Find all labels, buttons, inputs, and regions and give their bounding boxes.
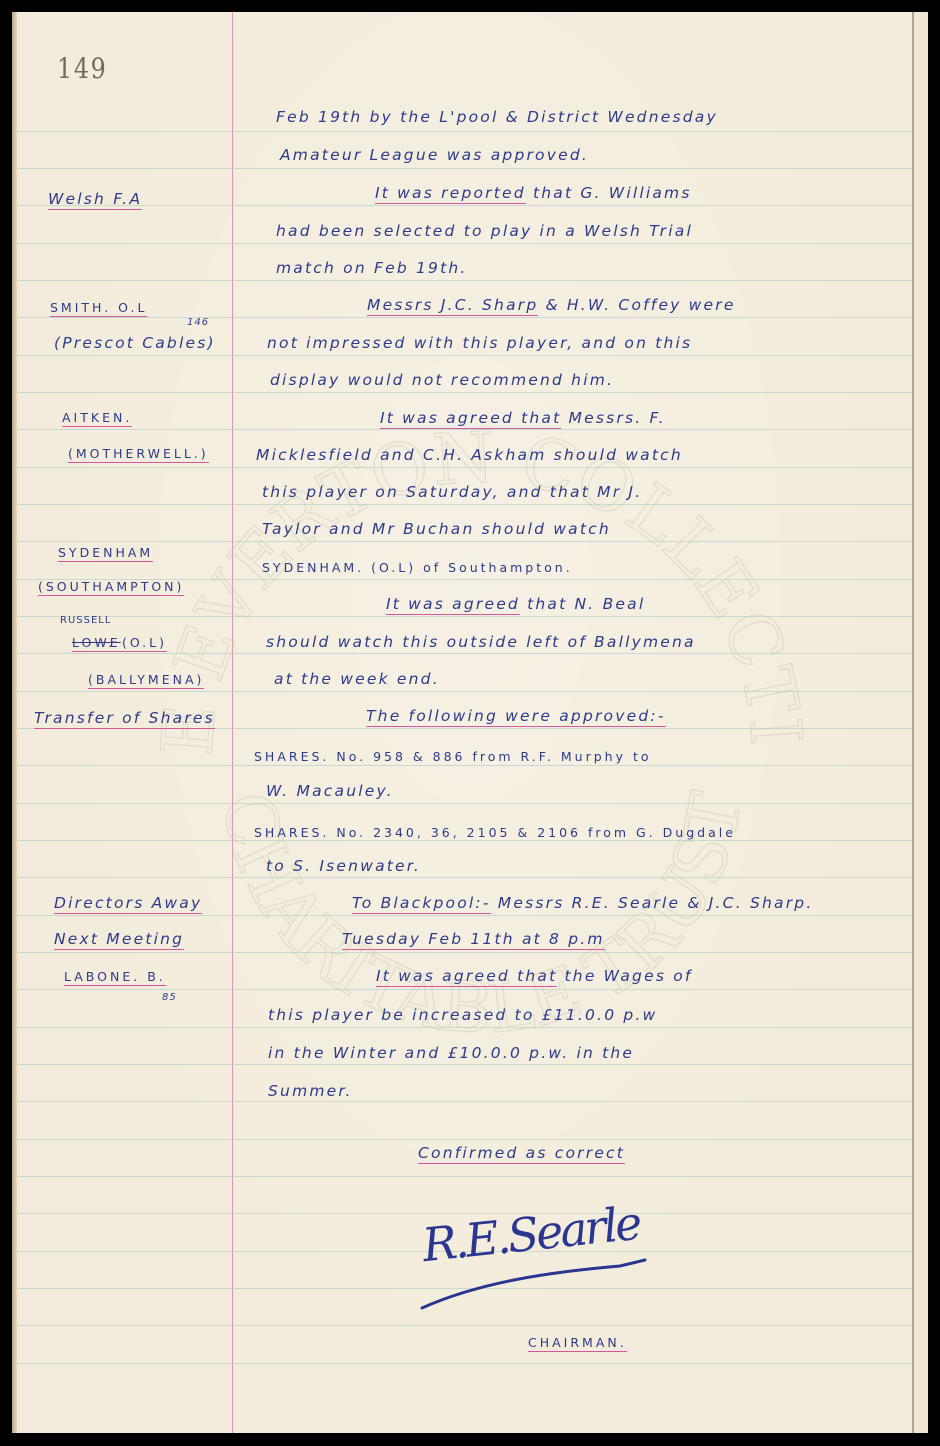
margin-note-aitken: AITKEN. — [62, 410, 132, 427]
signature-flourish — [420, 1252, 650, 1312]
confirmed-as-correct: Confirmed as correct — [418, 1144, 625, 1164]
margin-note-sydenham: SYDENHAM — [58, 545, 153, 562]
margin-note-next-meeting: Next Meeting — [54, 930, 184, 950]
ledger-page: THE EVERTON COLLECTION CHARITABLE TRUST … — [12, 12, 928, 1433]
page-number: 149 — [57, 52, 108, 85]
minutes-line: in the Winter and £10.0.0 p.w. in the — [268, 1044, 634, 1062]
margin-note-smith-ref: 146 — [187, 317, 209, 328]
margin-line — [232, 12, 233, 1433]
minutes-line: match on Feb 19th. — [276, 259, 468, 277]
minutes-line: to S. Isenwater. — [266, 857, 421, 875]
margin-note-russell-club: (BALLYMENA) — [88, 672, 204, 689]
margin-note-labone-ref: 85 — [162, 992, 177, 1003]
minutes-line: Messrs J.C. Sharp & H.W. Coffey were — [367, 296, 736, 314]
minutes-line: It was agreed that Messrs. F. — [380, 409, 666, 427]
margin-note-labone: LABONE. B. — [64, 969, 166, 986]
margin-note-russell: RUSSELL — [60, 615, 111, 626]
margin-note-welsh-fa: Welsh F.A — [48, 190, 142, 210]
margin-note-directors-away: Directors Away — [54, 894, 202, 914]
minutes-line: The following were approved:- — [366, 707, 666, 727]
minutes-line: display would not recommend him. — [270, 371, 614, 389]
margin-note-aitken-club: (MOTHERWELL.) — [68, 446, 209, 463]
minutes-line: Feb 19th by the L'pool & District Wednes… — [276, 108, 718, 126]
minutes-line: this player on Saturday, and that Mr J. — [262, 483, 642, 501]
margin-note-smith-club: (Prescot Cables) — [54, 334, 216, 352]
minutes-line: had been selected to play in a Welsh Tri… — [276, 222, 693, 240]
minutes-line: at the week end. — [274, 670, 440, 688]
minutes-line: Taylor and Mr Buchan should watch — [262, 520, 611, 538]
minutes-line: W. Macauley. — [266, 782, 394, 800]
margin-note-transfer-shares: Transfer of Shares — [34, 709, 215, 729]
minutes-line: Summer. — [268, 1082, 353, 1100]
minutes-line: not impressed with this player, and on t… — [267, 334, 692, 352]
next-page-edge — [914, 12, 928, 1433]
minutes-line: It was reported that G. Williams — [375, 184, 692, 202]
margin-note-russell-position: . (O.L) — [108, 635, 167, 652]
minutes-line: Amateur League was approved. — [280, 146, 589, 164]
page-left-edge — [12, 12, 17, 1433]
margin-note-smith: SMITH. O.L — [50, 300, 147, 317]
minutes-line: SHARES. No. 958 & 886 from R.F. Murphy t… — [254, 749, 652, 764]
minutes-line: should watch this outside left of Ballym… — [266, 633, 696, 651]
minutes-line: Tuesday Feb 11th at 8 p.m — [342, 930, 605, 950]
margin-note-sydenham-club: (SOUTHAMPTON) — [38, 579, 184, 596]
chairman-title: CHAIRMAN. — [528, 1335, 627, 1352]
minutes-line: It was agreed that N. Beal — [386, 595, 645, 613]
minutes-line: To Blackpool:- Messrs R.E. Searle & J.C.… — [352, 894, 813, 912]
minutes-line: SYDENHAM. (O.L) of Southampton. — [262, 560, 573, 575]
minutes-line: Micklesfield and C.H. Askham should watc… — [256, 446, 683, 464]
minutes-line: this player be increased to £11.0.0 p.w — [268, 1006, 657, 1024]
minutes-line: SHARES. No. 2340, 36, 2105 & 2106 from G… — [254, 825, 736, 840]
minutes-line: It was agreed that the Wages of — [376, 967, 693, 985]
